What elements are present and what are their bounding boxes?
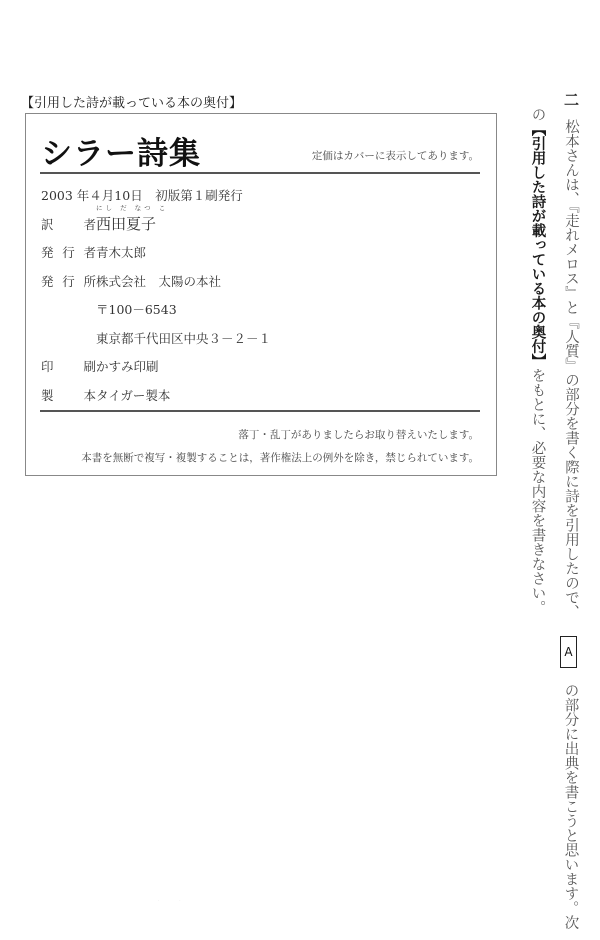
publishing-house-row: 発行所 株式会社 太陽の本社 — [41, 272, 96, 290]
book-title: シラー詩集 — [41, 128, 201, 173]
publishing-house-value: 株式会社 太陽の本社 — [96, 272, 221, 290]
edition-info: 2003 年４月10日 初版第１刷発行 — [41, 186, 243, 204]
translator-row: 訳 者 にし だ なつ こ 西田夏子 — [41, 215, 96, 233]
question-line-2-prefix: の — [530, 107, 546, 122]
price-note: 定価はカバーに表示してあります。 — [312, 148, 479, 163]
colophon-caption: 【引用した詩が載っている本の奥付】 — [21, 92, 242, 111]
question-line-2: の【引用した詩が載っている本の奥付】をもとに、必要な内容を書きなさい。 — [530, 107, 545, 615]
binder-row: 製 本 タイガー製本 — [41, 386, 96, 404]
question-line-2-suffix: をもとに、必要な内容を書きなさい。 — [530, 368, 546, 615]
replacement-notice: 落丁・乱丁がありましたらお取り替えいたします。 — [238, 427, 479, 442]
question-line-1-continued: の部分に出典を書こうと思います。次 — [563, 683, 578, 930]
title-divider — [40, 172, 480, 174]
address-row: 東京都千代田区中央３－２－１ — [41, 329, 96, 344]
translator-ruby: にし だ なつ こ — [96, 203, 168, 212]
answer-box-a[interactable]: A — [560, 636, 577, 668]
copyright-notice: 本書を無断で複写・複製することは，著作権法上の例外を除き，禁じられています。 — [81, 450, 479, 465]
printer-value: かすみ印刷 — [96, 357, 159, 375]
translator-label: 訳 者 — [41, 215, 96, 233]
publisher-value: 青木太郎 — [96, 243, 146, 261]
printer-row: 印 刷 かすみ印刷 — [41, 357, 96, 375]
publishing-house-label: 発行所 — [41, 272, 96, 290]
question-text-part-1: 松本さんは、『走れメロス』と『人質』の部分を書く際に詩を引用したので、 — [564, 119, 579, 619]
postal-code-value: 〒100－6543 — [96, 300, 177, 318]
address-value: 東京都千代田区中央３－２－１ — [96, 329, 271, 347]
colophon-box: シラー詩集 定価はカバーに表示してあります。 2003 年４月10日 初版第１刷… — [25, 113, 497, 476]
publisher-row: 発行者 青木太郎 — [41, 243, 96, 261]
translator-value: 西田夏子 — [96, 213, 156, 234]
footer-divider — [40, 410, 480, 412]
scan-artifact-dots: ·· — [158, 898, 201, 903]
binder-value: タイガー製本 — [96, 386, 170, 404]
publisher-label: 発行者 — [41, 243, 96, 261]
binder-label: 製 本 — [41, 386, 96, 404]
postal-code-row: 〒100－6543 — [41, 300, 96, 315]
question-line-1: 二松本さんは、『走れメロス』と『人質』の部分を書く際に詩を引用したので、 — [563, 92, 578, 619]
answer-box-label: A — [564, 645, 572, 659]
colophon-reference: 【引用した詩が載っている本の奥付】 — [530, 122, 546, 369]
question-number: 二 — [562, 92, 580, 107]
printer-label: 印 刷 — [41, 357, 96, 375]
